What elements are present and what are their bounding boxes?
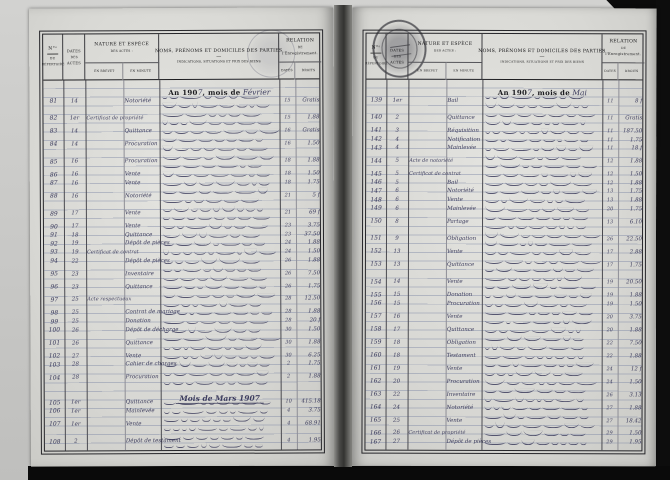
nature-en-minute-cell: Bail: [447, 178, 483, 187]
relation-date-cell: 16: [280, 126, 296, 135]
handwriting-stroke: [556, 145, 566, 151]
handwriting-stroke: [193, 173, 208, 177]
header-text: DU: [50, 57, 55, 61]
nature-en-brevet-cell: [409, 291, 447, 300]
header-text: N°ˢ: [372, 46, 381, 52]
handwriting-stroke: [532, 234, 545, 238]
numero-cell: 99: [44, 317, 64, 326]
handwriting-stroke: [520, 243, 526, 247]
handwriting-stroke: [219, 257, 240, 263]
handwriting-stroke: [533, 148, 540, 151]
header-text: l'Enregistrement.: [606, 52, 642, 57]
handwriting-stroke: [174, 148, 188, 152]
handwriting-stroke: [185, 381, 193, 385]
nature-en-brevet-cell: Acte de notoriété: [409, 152, 447, 169]
handwriting-stroke: [163, 199, 183, 203]
handwriting-stroke: [185, 113, 206, 117]
header-text: EN MINUTE: [130, 70, 151, 74]
date-cell: 9: [386, 230, 408, 247]
handwriting-stroke: [532, 278, 541, 281]
handwriting-stroke: [501, 199, 507, 203]
handwriting-line: [482, 196, 602, 205]
relation-droit-cell: 7.50: [296, 264, 321, 281]
handwriting-stroke: [516, 397, 524, 402]
handwriting-stroke: [180, 277, 195, 281]
handwriting-stroke: [533, 113, 546, 117]
handwriting-stroke: [506, 293, 516, 298]
date-cell: 16: [64, 188, 86, 205]
handwriting-line: [482, 170, 602, 179]
handwriting-stroke: [223, 418, 231, 422]
handwriting-stroke: [580, 139, 587, 143]
handwriting-stroke: [212, 191, 233, 195]
relation-droit-cell: 1.75: [618, 257, 643, 274]
names-handwriting: [161, 368, 281, 386]
names-handwriting: [160, 204, 280, 222]
handwriting-stroke: [500, 139, 507, 143]
handwriting-stroke: [494, 147, 509, 152]
handwriting-stroke: [203, 156, 214, 160]
date-cell: 2: [65, 433, 87, 450]
handwriting-stroke: [496, 267, 512, 272]
handwriting-stroke: [194, 241, 211, 246]
nature-en-minute-cell: Dépôt de pièces: [125, 239, 161, 248]
handwriting-stroke: [540, 303, 557, 307]
header-divider: [370, 53, 381, 54]
handwriting-stroke: [560, 260, 579, 264]
nature-en-minute-cell: [124, 109, 160, 126]
relation-date-cell: 2: [281, 360, 297, 369]
numero-cell: 91: [44, 231, 64, 240]
handwriting-stroke: [493, 398, 514, 402]
handwriting-stroke: [242, 260, 260, 264]
numero-cell: 81: [43, 93, 63, 110]
handwriting-stroke: [163, 145, 173, 151]
relation-date-cell: 18: [280, 178, 296, 187]
column-header-relation: RELATION DE l'Enregistrement.: [602, 34, 644, 62]
handwriting-stroke: [559, 286, 578, 290]
handwriting-stroke: [163, 171, 174, 177]
handwriting-stroke: [581, 260, 601, 264]
relation-date-cell: 24: [280, 238, 296, 247]
column-header-noms: NOMS, PRÉNOMS ET DOMICILES DES PARTIES —…: [159, 34, 279, 81]
handwriting-stroke: [485, 251, 496, 255]
date-cell: 4: [386, 144, 408, 153]
handwriting-line: [482, 109, 602, 118]
handwriting-stroke: [182, 355, 189, 359]
handwriting-line: [482, 248, 602, 257]
handwriting-stroke: [260, 286, 267, 290]
handwriting-stroke: [546, 226, 557, 230]
header-text: NATURE ET ESPÈCE: [418, 42, 473, 48]
nature-en-minute-cell: [447, 170, 483, 179]
handwriting-stroke: [233, 329, 246, 333]
handwriting-stroke: [198, 286, 204, 290]
handwriting-stroke: [257, 293, 275, 298]
handwriting-stroke: [163, 130, 173, 134]
handwriting-stroke: [557, 277, 562, 281]
handwriting-stroke: [506, 424, 521, 428]
header-text: EN BREVET: [417, 69, 437, 73]
handwriting-stroke: [163, 233, 180, 238]
handwriting-stroke: [172, 411, 181, 414]
handwriting-stroke: [230, 173, 247, 177]
handwriting-stroke: [163, 208, 172, 212]
handwriting-stroke: [249, 173, 255, 177]
nature-en-brevet-cell: [87, 205, 125, 222]
handwriting-stroke: [248, 268, 261, 272]
handwriting-stroke: [234, 225, 246, 229]
relation-date-cell: 16: [280, 135, 296, 152]
handwriting-stroke: [498, 103, 514, 108]
handwriting-line: [482, 118, 602, 127]
handwriting-stroke: [164, 445, 174, 449]
handwriting-stroke: [501, 191, 520, 195]
handwriting-stroke: [485, 312, 506, 316]
handwriting-stroke: [182, 165, 199, 169]
handwriting-line: [482, 101, 602, 110]
handwriting-stroke: [249, 147, 268, 151]
handwriting-stroke: [548, 200, 553, 204]
table-row: 8114Notoriété15Gratis: [43, 91, 319, 110]
handwriting-stroke: [200, 303, 217, 307]
nature-en-brevet-cell: [409, 299, 447, 308]
handwriting-stroke: [570, 433, 585, 437]
date-cell: 13: [386, 247, 408, 256]
names-handwriting: [482, 256, 602, 274]
table-row: 9523Inventaire267.50: [44, 264, 320, 283]
handwriting-stroke: [507, 277, 517, 281]
nature-en-brevet-cell: Certificat de contrat: [409, 170, 447, 179]
nature-en-brevet-cell: [409, 195, 447, 204]
handwriting-stroke: [498, 251, 508, 255]
relation-droit-cell: 18.42: [617, 412, 642, 429]
handwriting-stroke: [171, 217, 184, 221]
handwriting-stroke: [199, 190, 211, 195]
handwriting-stroke: [499, 345, 515, 350]
handwriting-line: [481, 429, 601, 438]
date-cell: 26: [64, 334, 86, 351]
relation-droit-cell: 1.88: [618, 326, 643, 335]
handwriting-stroke: [178, 139, 196, 143]
handwriting-stroke: [257, 173, 270, 177]
nature-en-minute-cell: Procuration: [447, 299, 483, 308]
handwriting-stroke: [502, 406, 510, 411]
nature-en-minute-cell: Donation: [125, 317, 161, 326]
relation-droit-cell: 6.10: [618, 213, 642, 230]
handwriting-stroke: [210, 372, 223, 376]
handwriting-stroke: [238, 337, 258, 341]
handwriting-stroke: [239, 165, 245, 169]
handwriting-stroke: [260, 355, 275, 359]
relation-date-cell: 15: [279, 109, 295, 126]
handwriting-stroke: [216, 251, 235, 255]
relation-date-cell: 19: [602, 291, 618, 300]
handwriting-stroke: [534, 96, 541, 100]
handwriting-stroke: [178, 104, 191, 108]
numero-cell: 94: [44, 257, 64, 266]
handwriting-stroke: [485, 329, 497, 333]
header-text: DU: [373, 56, 378, 60]
numero-cell: 156: [366, 299, 386, 308]
handwriting-stroke: [525, 398, 534, 402]
date-cell: 20: [386, 377, 408, 386]
header-text: DATES: [604, 70, 616, 74]
handwriting-stroke: [538, 312, 550, 316]
date-cell: 5: [386, 178, 408, 187]
handwriting-stroke: [485, 153, 495, 159]
handwriting-stroke: [164, 419, 179, 423]
relation-date-cell: 22: [602, 352, 618, 361]
numero-cell: 151: [366, 230, 386, 247]
handwriting-stroke: [539, 381, 545, 385]
nature-en-brevet-cell: [409, 178, 447, 187]
handwriting-stroke: [532, 251, 542, 255]
nature-en-minute-cell: Vente: [125, 170, 161, 179]
relation-droit-cell: 18 f: [618, 144, 642, 153]
relation-date-cell: 30: [280, 325, 296, 334]
handwriting-stroke: [259, 182, 270, 186]
table-row: 1519Obligation2622.50: [366, 230, 642, 248]
handwriting-stroke: [581, 407, 587, 411]
handwriting-stroke: [550, 180, 570, 186]
handwriting-stroke: [519, 130, 526, 134]
relation-droit-cell: 1.75: [296, 282, 321, 291]
handwriting-stroke: [552, 312, 559, 316]
date-cell: 18: [386, 334, 408, 351]
handwriting-stroke: [582, 189, 596, 194]
scan-background-bottom: [28, 466, 670, 480]
nature-en-brevet-cell: Certificat de contrat: [87, 248, 125, 257]
handwriting-line: [482, 144, 602, 153]
handwriting-stroke: [548, 415, 561, 419]
table-row: 8816Notoriété215 f: [44, 187, 320, 206]
table-row: 1071erVente468.91: [45, 415, 321, 434]
relation-date-cell: 4: [281, 415, 297, 432]
relation-date-cell: 28: [280, 316, 296, 325]
handwriting-stroke: [545, 433, 559, 436]
numero-cell: 93: [44, 248, 64, 257]
nature-en-minute-cell: Vente: [125, 204, 161, 221]
handwriting-stroke: [187, 445, 199, 449]
names-handwriting: [482, 213, 602, 231]
handwriting-stroke: [573, 182, 592, 186]
handwriting-stroke: [205, 410, 217, 414]
names-handwriting: [482, 308, 602, 326]
handwriting-stroke: [260, 337, 280, 341]
handwriting-stroke: [163, 225, 175, 229]
relation-date-cell: 11: [602, 92, 618, 109]
handwriting-stroke: [578, 172, 592, 177]
handwriting-stroke: [163, 285, 182, 290]
nature-en-brevet-cell: [409, 187, 447, 196]
handwriting-stroke: [485, 191, 498, 195]
handwriting-stroke: [529, 208, 541, 212]
nature-en-minute-cell: Quittance: [125, 230, 161, 239]
relation-droit-cell: 22.50: [618, 231, 642, 248]
handwriting-stroke: [563, 335, 572, 341]
nature-en-brevet-cell: [409, 126, 447, 135]
handwriting-line: [482, 204, 602, 213]
handwriting-stroke: [182, 156, 201, 160]
handwriting-stroke: [238, 121, 256, 125]
handwriting-stroke: [176, 174, 191, 178]
handwriting-stroke: [241, 199, 259, 203]
relation-date-cell: 12: [602, 153, 618, 170]
header-divider: —: [216, 55, 221, 59]
date-cell: 16: [64, 170, 86, 179]
handwriting-stroke: [216, 154, 235, 159]
nature-en-minute-cell: Mainlevée: [126, 407, 162, 416]
date-cell: 22: [386, 386, 408, 403]
handwriting-stroke: [546, 355, 553, 359]
numero-cell: 108: [45, 433, 65, 450]
handwriting-stroke: [538, 157, 544, 160]
nature-en-minute-cell: Contrat de mariage: [125, 308, 161, 317]
handwriting-stroke: [580, 286, 595, 290]
nature-en-brevet-cell: [87, 317, 125, 326]
handwriting-stroke: [536, 442, 549, 446]
date-cell: 5: [386, 170, 408, 179]
relation-droit-cell: 7.50: [618, 334, 643, 351]
relation-droit-cell: 1.95: [297, 432, 321, 449]
handwriting-stroke: [559, 303, 567, 307]
handwriting-stroke: [541, 173, 548, 177]
handwriting-stroke: [200, 354, 213, 359]
handwriting-stroke: [525, 260, 532, 264]
handwriting-stroke: [521, 234, 530, 238]
column-header-nature: NATURE ET ESPÈCE DES ACTES :: [408, 34, 482, 62]
table-frame: N°ˢ DU RÉPERTOIRE DATES DES ACTES NATURE…: [39, 29, 325, 454]
names-handwriting: [482, 325, 602, 334]
handwriting-stroke: [492, 295, 503, 299]
numero-cell: 87: [44, 179, 64, 188]
column-header-relation-dates: DATES: [602, 62, 618, 80]
header-text: DROITS: [625, 70, 638, 74]
handwriting-stroke: [209, 122, 221, 126]
date-cell: 4: [386, 135, 408, 144]
nature-en-brevet-cell: [409, 109, 447, 126]
handwriting-stroke: [257, 370, 269, 375]
handwriting-stroke: [198, 428, 217, 431]
relation-date-cell: 11: [602, 110, 618, 127]
handwriting-stroke: [485, 225, 506, 229]
handwriting-stroke: [205, 130, 221, 134]
nature-en-minute-cell: Vente: [446, 412, 482, 429]
relation-date-cell: 11: [602, 127, 618, 136]
handwriting-stroke: [509, 329, 529, 333]
nature-en-minute-cell: Partage: [447, 213, 483, 230]
handwriting-stroke: [183, 180, 197, 186]
handwriting-line: [481, 420, 601, 429]
relation-droit-cell: 415.18: [297, 397, 321, 406]
handwriting-stroke: [163, 293, 175, 298]
handwriting-stroke: [522, 190, 540, 195]
handwriting-stroke: [505, 260, 523, 264]
nature-en-brevet-cell: [88, 398, 126, 407]
column-header-dates: DATES DES ACTES: [386, 34, 408, 80]
column-header-numero: N°ˢ DU RÉPERTOIRE: [43, 35, 63, 81]
handwriting-stroke: [248, 225, 268, 229]
handwriting-stroke: [517, 346, 525, 350]
handwriting-stroke: [553, 189, 560, 195]
relation-date-cell: 23: [280, 230, 296, 239]
handwriting-stroke: [485, 148, 491, 152]
relation-droit-cell: 8 f: [618, 92, 642, 109]
table-row: 8917Vente2169 f: [44, 204, 320, 223]
nature-en-brevet-cell: [87, 326, 125, 335]
handwriting-stroke: [237, 268, 246, 272]
names-handwriting: [482, 196, 602, 205]
nature-en-brevet-cell: [87, 257, 125, 266]
handwriting-stroke: [564, 372, 583, 376]
date-cell: 18: [386, 351, 408, 360]
numero-cell: 98: [44, 309, 64, 318]
date-cell: 5: [386, 152, 408, 169]
handwriting-stroke: [541, 191, 550, 195]
relation-date-cell: 4: [281, 406, 297, 415]
handwriting-stroke: [163, 347, 170, 350]
handwriting-stroke: [567, 165, 580, 169]
handwriting-stroke: [563, 416, 577, 420]
handwriting-stroke: [228, 381, 236, 385]
handwriting-stroke: [163, 269, 172, 273]
handwriting-stroke: [485, 199, 499, 203]
nature-en-brevet-cell: [409, 377, 447, 386]
handwriting-stroke: [562, 191, 580, 195]
numero-cell: 160: [366, 351, 386, 360]
handwriting-stroke: [181, 96, 202, 100]
handwriting-stroke: [550, 327, 565, 333]
handwriting-stroke: [555, 398, 574, 402]
handwriting-stroke: [163, 138, 177, 142]
numero-cell: 96: [44, 283, 64, 292]
handwriting-stroke: [208, 402, 215, 406]
relation-date-cell: 26: [602, 231, 618, 248]
handwriting-stroke: [519, 156, 536, 160]
names-handwriting: [482, 187, 602, 196]
handwriting-stroke: [495, 303, 503, 307]
numero-cell: 161: [366, 360, 386, 377]
handwriting-stroke: [568, 329, 574, 332]
nature-en-brevet-cell: [87, 135, 125, 152]
handwriting-stroke: [498, 364, 511, 367]
handwriting-stroke: [563, 318, 570, 324]
date-cell: 17: [386, 325, 408, 334]
handwriting-stroke: [229, 277, 248, 280]
names-handwriting: [482, 248, 602, 257]
handwriting-stroke: [485, 130, 490, 134]
handwriting-stroke: [562, 407, 579, 411]
numero-cell: 107: [45, 416, 65, 433]
handwriting-stroke: [515, 388, 535, 393]
nature-en-brevet-cell: [87, 265, 125, 282]
handwriting-stroke: [203, 269, 212, 273]
handwriting-stroke: [582, 131, 594, 135]
handwriting-stroke: [209, 361, 225, 367]
handwriting-stroke: [513, 321, 531, 325]
numero-cell: 157: [366, 308, 386, 325]
handwriting-stroke: [194, 251, 206, 255]
numero-cell: 86: [44, 170, 64, 179]
relation-date-cell: 21: [280, 204, 296, 221]
handwriting-stroke: [214, 95, 226, 99]
handwriting-stroke: [249, 303, 261, 307]
handwriting-stroke: [561, 156, 581, 160]
relation-date-cell: 13: [602, 196, 618, 205]
handwriting-stroke: [191, 345, 206, 349]
handwriting-stroke: [163, 338, 181, 342]
